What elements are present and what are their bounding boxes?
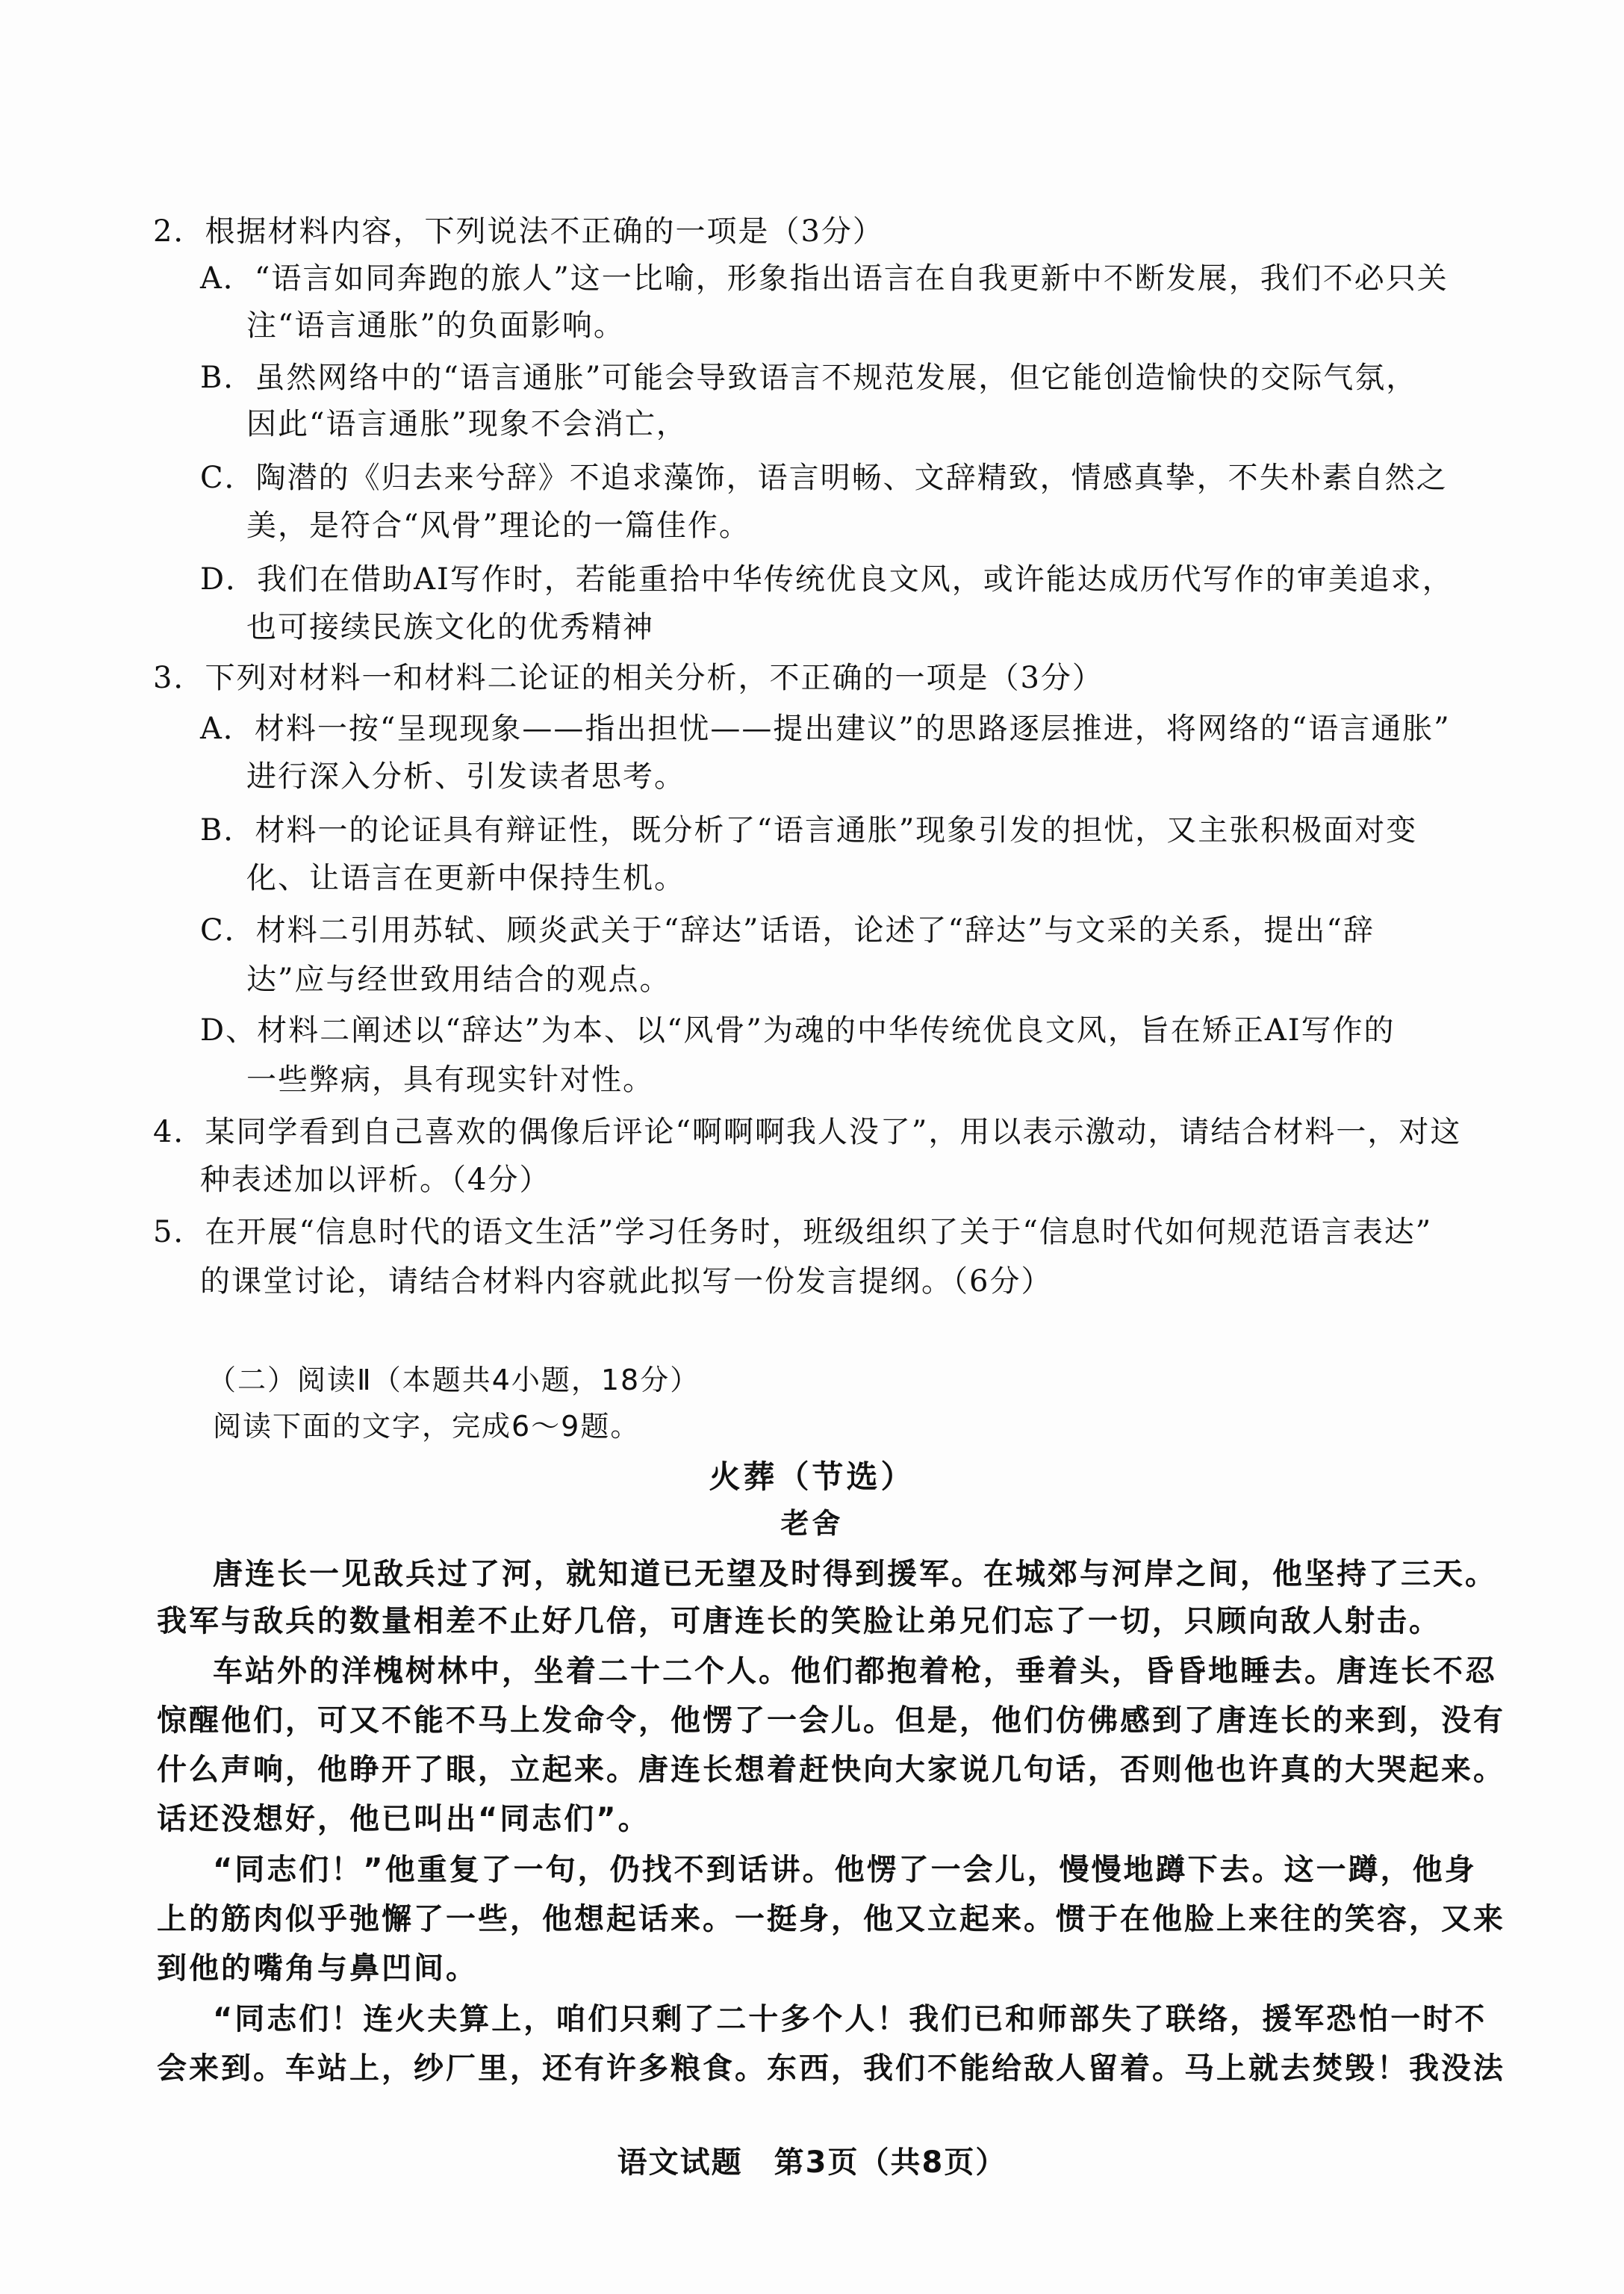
exam-page: 2．根据材料内容，下列说法不正确的一项是（3分） A．“语言如同奔跑的旅人”这一…	[0, 0, 1624, 2294]
question-3-option-d-line-1: D、材料二阐述以“辞达”为本、以“风骨”为魂的中华传统优良文风，旨在矫正AI写作…	[200, 1010, 1396, 1051]
passage-line: “同志们！”他重复了一句，仍找不到话讲。他愣了一会儿，慢慢地蹲下去。这一蹲，他身	[213, 1849, 1477, 1891]
section-instruction: 阅读下面的文字，完成6～9题。	[213, 1405, 640, 1447]
question-4-line-2: 种表述加以评析。（4分）	[200, 1159, 550, 1201]
page-footer: 语文试题 第3页（共8页）	[0, 2142, 1624, 2183]
question-2-option-b-line-1: B．虽然网络中的“语言通胀”可能会导致语言不规范发展，但它能创造愉快的交际气氛，	[200, 357, 1417, 399]
question-5-line-1: 5．在开展“信息时代的语文生活”学习任务时，班级组织了关于“信息时代如何规范语言…	[153, 1211, 1432, 1253]
question-2-option-c-line-2: 美，是符合“风骨”理论的一篇佳作。	[246, 505, 750, 547]
question-3-stem: 3．下列对材料一和材料二论证的相关分析，不正确的一项是（3分）	[153, 657, 1104, 699]
passage-line: “同志们！连火夫算上，咱们只剩了二十多个人！我们已和师部失了联络，援军恐怕一时不	[213, 1998, 1487, 2040]
passage-line: 上的筋肉似乎弛懈了一些，他想起话来。一挺身，他又立起来。惯于在他脸上来往的笑容，…	[157, 1898, 1505, 1940]
passage-line: 到他的嘴角与鼻凹间。	[157, 1948, 478, 1989]
question-2-option-b-line-2: 因此“语言通胀”现象不会消亡，	[246, 403, 688, 445]
passage-title: 火葬（节选）	[0, 1456, 1624, 1498]
question-3-option-c-line-2: 达”应与经世致用结合的观点。	[246, 959, 671, 1001]
question-2-option-a-line-1: A．“语言如同奔跑的旅人”这一比喻，形象指出语言在自我更新中不断发展，我们不必只…	[200, 258, 1449, 299]
question-2-option-a-line-2: 注“语言通胀”的负面影响。	[246, 305, 625, 346]
section-heading: （二）阅读Ⅱ（本题共4小题，18分）	[208, 1359, 700, 1401]
question-5-line-2: 的课堂讨论，请结合材料内容就此拟写一份发言提纲。（6分）	[200, 1261, 1052, 1302]
question-3-option-b-line-2: 化、让语言在更新中保持生机。	[246, 857, 685, 899]
passage-line: 话还没想好，他已叫出“同志们”。	[157, 1798, 650, 1840]
question-2-option-d-line-2: 也可接续民族文化的优秀精神	[246, 606, 654, 648]
question-2-option-d-line-1: D．我们在借助AI写作时，若能重拾中华传统优良文风，或许能达成历代写作的审美追求…	[200, 559, 1454, 600]
question-2-option-c-line-1: C．陶潜的《归去来兮辞》不追求藻饰，语言明畅、文辞精致，情感真挚，不失朴素自然之	[200, 457, 1448, 499]
question-3-option-a-line-1: A．材料一按“呈现现象——指出担忧——提出建议”的思路逐层推进，将网络的“语言通…	[200, 708, 1451, 750]
passage-author: 老舍	[0, 1502, 1624, 1544]
question-3-option-b-line-1: B．材料一的论证具有辩证性，既分析了“语言通胀”现象引发的担忧，又主张积极面对变	[200, 809, 1417, 851]
passage-line: 我军与敌兵的数量相差不止好几倍，可唐连长的笑脸让弟兄们忘了一切，只顾向敌人射击。	[157, 1600, 1441, 1642]
question-3-option-c-line-1: C．材料二引用苏轼、顾炎武关于“辞达”话语，论述了“辞达”与文采的关系，提出“辞	[200, 910, 1375, 951]
question-3-option-a-line-2: 进行深入分析、引发读者思考。	[246, 756, 685, 798]
passage-line: 惊醒他们，可又不能不马上发命令，他愣了一会儿。但是，他们仿佛感到了唐连长的来到，…	[157, 1700, 1505, 1741]
question-2-stem: 2．根据材料内容，下列说法不正确的一项是（3分）	[153, 211, 884, 252]
question-4-line-1: 4．某同学看到自己喜欢的偶像后评论“啊啊啊我人没了”，用以表示激动，请结合材料一…	[153, 1111, 1461, 1153]
passage-line: 车站外的洋槐树林中，坐着二十二个人。他们都抱着枪，垂着头，昏昏地睡去。唐连长不忍	[213, 1650, 1497, 1692]
passage-line: 唐连长一见敌兵过了河，就知道已无望及时得到援军。在城郊与河岸之间，他坚持了三天。	[213, 1553, 1497, 1595]
passage-line: 什么声响，他睁开了眼，立起来。唐连长想着赶快向大家说几句话，否则他也许真的大哭起…	[157, 1749, 1505, 1791]
passage-line: 会来到。车站上，纱厂里，还有许多粮食。东西，我们不能给敌人留着。马上就去焚毁！我…	[157, 2048, 1505, 2089]
question-3-option-d-line-2: 一些弊病，具有现实针对性。	[246, 1059, 654, 1101]
